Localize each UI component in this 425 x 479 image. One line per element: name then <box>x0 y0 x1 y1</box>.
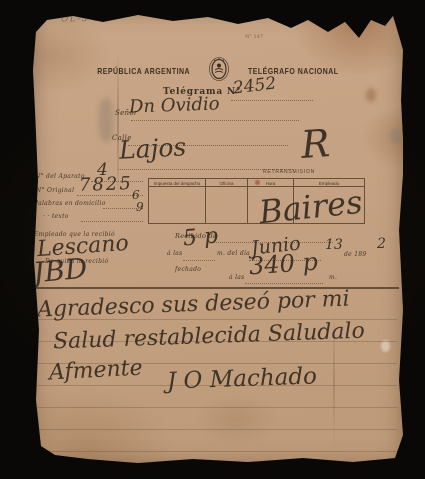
aparato-label: N° del Aparato <box>35 173 85 180</box>
fechado-label: fechado <box>175 266 201 273</box>
col-impuesta: Impuesta del despacho <box>149 179 206 223</box>
palabras-label: Palabras en domicilio <box>34 200 106 207</box>
addressee-name-handwritten: Dn Ovidio <box>129 93 220 117</box>
flourish-r-handwritten: R <box>300 121 332 167</box>
rust-stain <box>366 88 376 102</box>
republica-argentina-label: REPÚBLICA ARGENTINA <box>97 66 190 76</box>
col-oficina-header: Oficina <box>206 179 247 187</box>
year-handwritten: 2 <box>377 236 386 252</box>
col-oficina: Oficina <box>206 179 248 223</box>
original-label: N° Original <box>36 187 74 194</box>
signature-handwritten: J O Machado <box>167 363 318 394</box>
texto-line <box>81 220 143 222</box>
alas2-value-handwritten: 340 p <box>248 248 319 281</box>
texto-label: · · texto <box>43 213 69 220</box>
senor-line <box>131 119 299 121</box>
tape-mark <box>391 128 401 144</box>
message-line-3: Afmente <box>48 356 143 386</box>
palabras-fraction-bottom: 9 <box>136 200 144 214</box>
alas-label: á las <box>167 250 183 257</box>
retransmision-title: RETRANSMISION <box>263 169 315 175</box>
smudge-stain <box>99 98 113 142</box>
col-hora-header: Hora <box>248 179 293 187</box>
telegrama-number-line <box>231 99 313 101</box>
telegram-paper: OL-3-252 N° 147 REPÚBLICA ARGENTINA TELÉ… <box>33 10 403 466</box>
scanned-telegram-photo: OL-3-252 N° 147 REPÚBLICA ARGENTINA TELÉ… <box>0 0 425 479</box>
argentina-crest-icon <box>207 57 231 85</box>
col-impuesta-header: Impuesta del despacho <box>149 179 205 187</box>
m-label: m. <box>329 274 337 281</box>
alas2-label: á las <box>229 274 245 281</box>
alas-line <box>183 259 215 261</box>
alas-value-handwritten: 5 p <box>182 224 219 252</box>
telegram-number-handwritten: 2452 <box>232 73 277 98</box>
archive-pencil-note: OL-3-252 <box>61 14 116 25</box>
form-number: N° 147 <box>245 34 263 40</box>
alas2-line <box>245 282 323 284</box>
day-handwritten: 13 <box>325 237 343 253</box>
rust-stain <box>295 14 303 22</box>
mdeldia-label: m. del día <box>217 250 250 257</box>
dequien-value-handwritten: JBD <box>32 252 89 290</box>
form-header: REPÚBLICA ARGENTINA TELÉGRAFO NACIONAL <box>83 57 353 85</box>
original-value-handwritten: 7825 <box>79 173 134 196</box>
street-handwritten: Lajos <box>118 132 187 164</box>
de189-label: de 189 <box>344 251 367 258</box>
